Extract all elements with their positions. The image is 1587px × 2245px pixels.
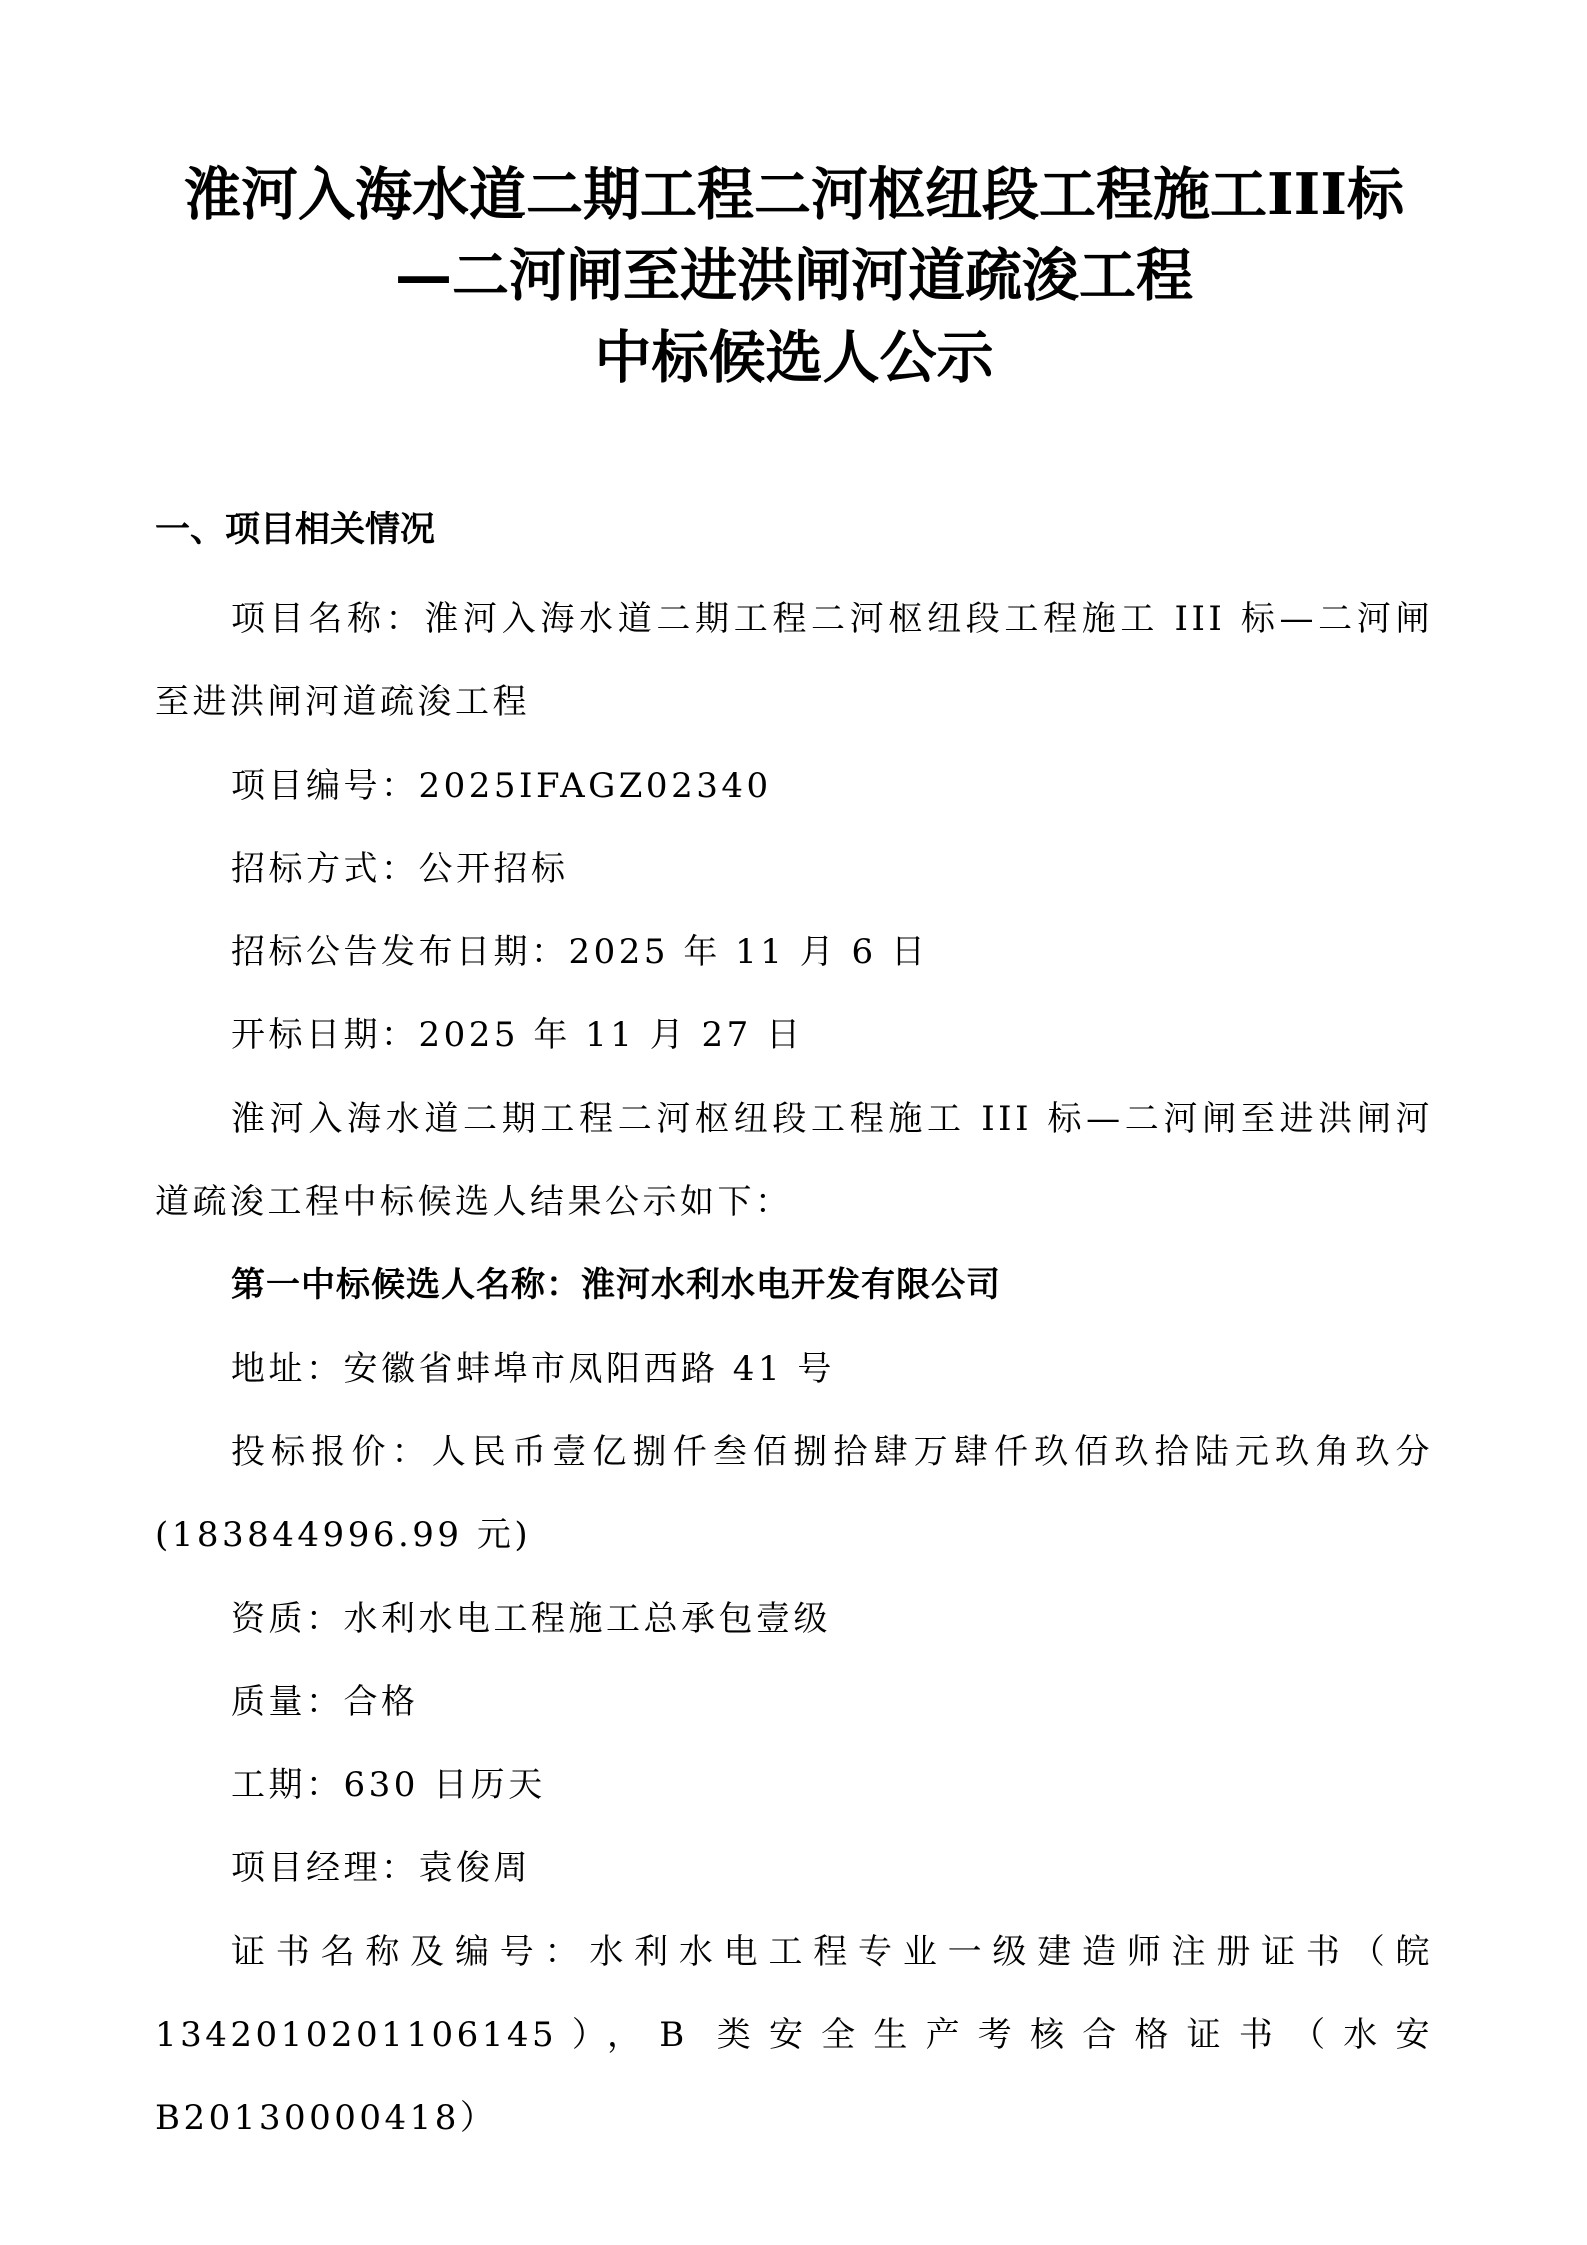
title-line-1: 淮河入海水道二期工程二河枢纽段工程施工III标 [155, 155, 1433, 235]
project-name-label: 项目名称： [231, 599, 424, 639]
qualification-label: 资质： [231, 1599, 344, 1639]
title-line-3: 中标候选人公示 [155, 318, 1433, 398]
project-manager-label: 项目经理： [231, 1848, 419, 1888]
first-candidate-label: 第一中标候选人名称： [231, 1265, 581, 1305]
address: 地址：安徽省蚌埠市凤阳西路 41 号 [155, 1328, 1433, 1411]
tender-method-label: 招标方式： [231, 849, 419, 889]
project-number-label: 项目编号： [231, 766, 419, 806]
certificates-label: 证书名称及编号： [231, 1932, 589, 1972]
certificates: 证书名称及编号：水利水电工程专业一级建造师注册证书（皖 134201020110… [155, 1911, 1433, 2161]
project-number-value: 2025IFAGZ02340 [419, 766, 772, 806]
quality-label: 质量： [231, 1682, 344, 1722]
qualification: 资质：水利水电工程施工总承包壹级 [155, 1578, 1433, 1661]
title-line-2: —二河闸至进洪闸河道疏浚工程 [155, 236, 1433, 316]
bid-price-label: 投标报价： [231, 1432, 432, 1472]
duration: 工期：630 日历天 [155, 1744, 1433, 1827]
qualification-value: 水利水电工程施工总承包壹级 [344, 1599, 832, 1639]
section-body: 项目名称：淮河入海水道二期工程二河枢纽段工程施工 III 标—二河闸至进洪闸河道… [155, 578, 1433, 2161]
first-candidate-value: 淮河水利水电开发有限公司 [581, 1265, 1001, 1305]
opening-date-label: 开标日期： [231, 1015, 419, 1055]
project-number: 项目编号：2025IFAGZ02340 [155, 745, 1433, 828]
tender-method-value: 公开招标 [419, 849, 569, 889]
opening-date: 开标日期：2025 年 11 月 27 日 [155, 994, 1433, 1077]
announcement-date-label: 招标公告发布日期： [231, 932, 569, 972]
duration-label: 工期： [231, 1765, 344, 1805]
duration-value: 630 日历天 [344, 1765, 546, 1805]
first-candidate: 第一中标候选人名称：淮河水利水电开发有限公司 [155, 1244, 1433, 1327]
opening-date-value: 2025 年 11 月 27 日 [419, 1015, 804, 1055]
bid-price: 投标报价：人民币壹亿捌仟叁佰捌拾肆万肆仟玖佰玖拾陆元玖角玖分(183844996… [155, 1411, 1433, 1578]
project-manager: 项目经理：袁俊周 [155, 1827, 1433, 1910]
address-label: 地址： [231, 1349, 344, 1389]
intro-paragraph: 淮河入海水道二期工程二河枢纽段工程施工 III 标—二河闸至进洪闸河道疏浚工程中… [155, 1078, 1433, 1245]
section-heading: 一、项目相关情况 [155, 500, 435, 560]
tender-method: 招标方式：公开招标 [155, 828, 1433, 911]
project-name: 项目名称：淮河入海水道二期工程二河枢纽段工程施工 III 标—二河闸至进洪闸河道… [155, 578, 1433, 745]
quality: 质量：合格 [155, 1661, 1433, 1744]
announcement-date: 招标公告发布日期：2025 年 11 月 6 日 [155, 911, 1433, 994]
announcement-date-value: 2025 年 11 月 6 日 [569, 932, 929, 972]
address-value: 安徽省蚌埠市凤阳西路 41 号 [344, 1349, 835, 1389]
project-manager-value: 袁俊周 [419, 1848, 532, 1888]
quality-value: 合格 [344, 1682, 419, 1722]
